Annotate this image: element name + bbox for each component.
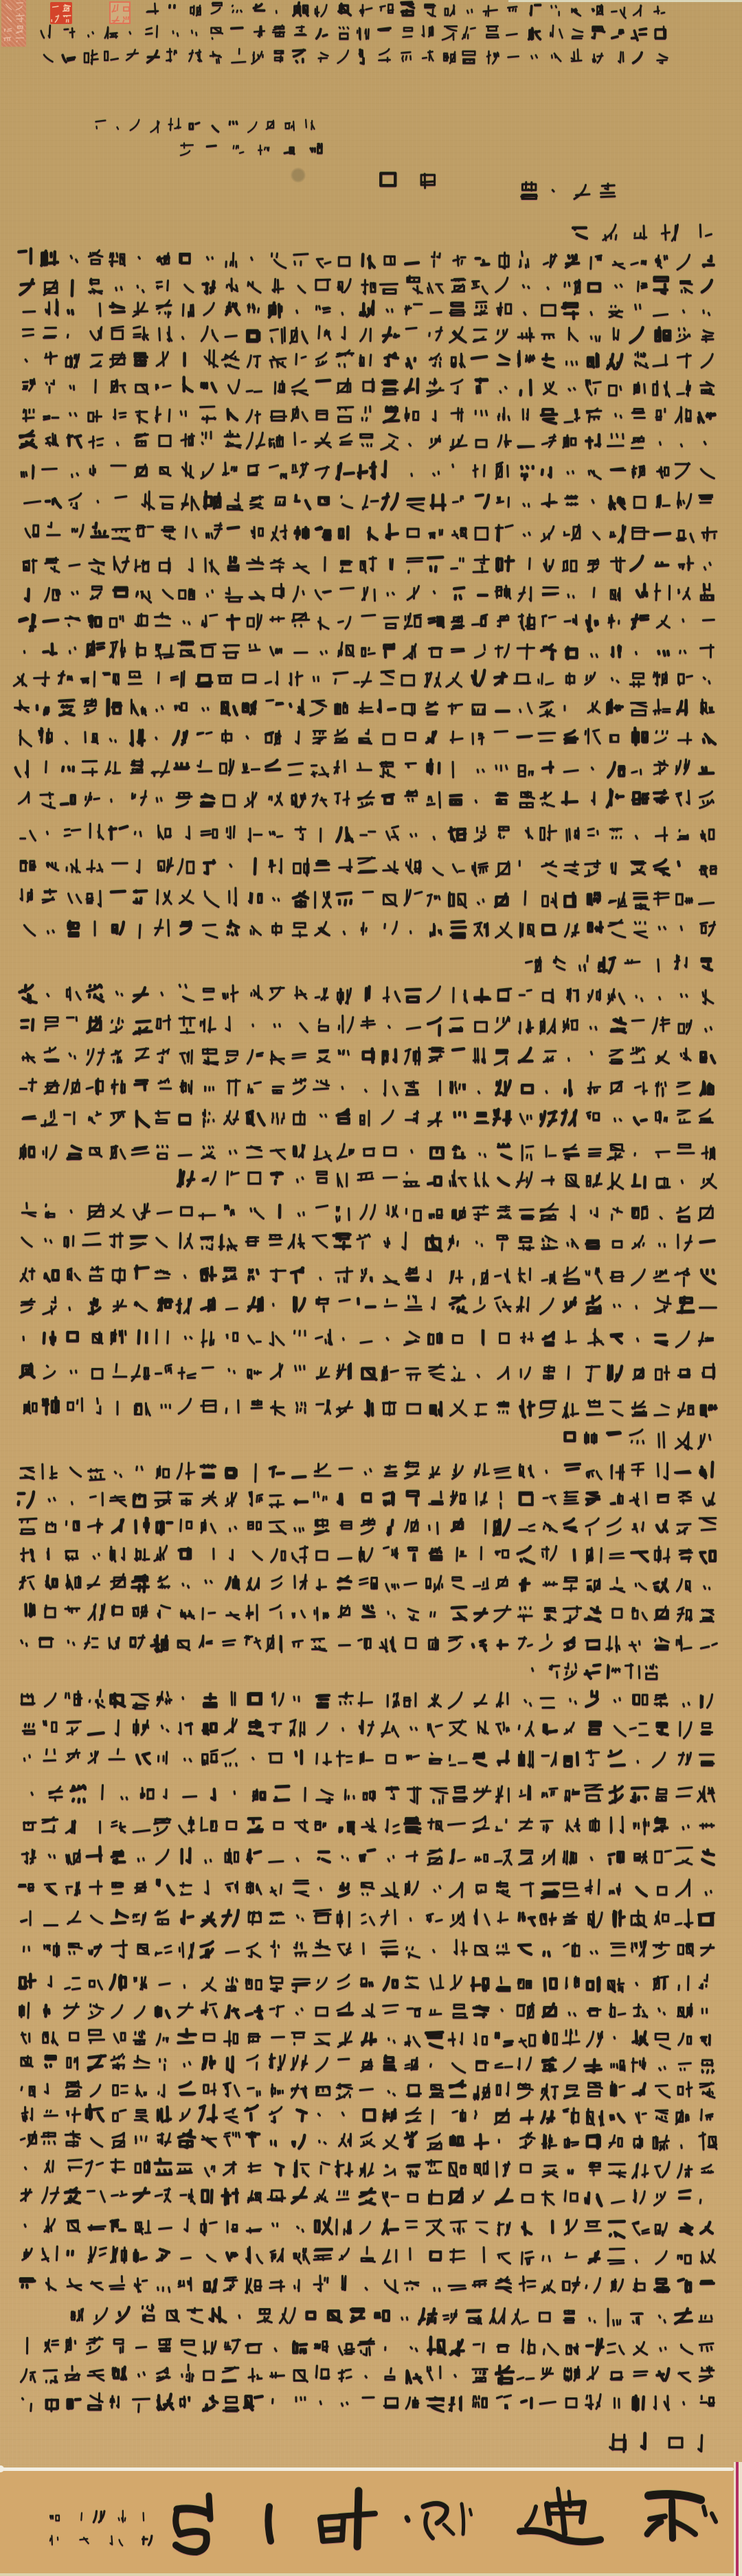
brush-stroke <box>339 2514 375 2516</box>
body-line <box>23 1329 713 1347</box>
ink-strokes <box>49 1975 708 1992</box>
body-line <box>21 1634 717 1652</box>
header-line <box>41 25 666 41</box>
header-colophon <box>41 2 668 64</box>
ink-strokes-heavy <box>89 1720 668 1735</box>
brush-stroke <box>647 2522 661 2534</box>
body-line <box>24 920 715 938</box>
ink-strokes <box>45 1604 713 1623</box>
ink-strokes-heavy <box>44 1331 667 1345</box>
ink-strokes <box>23 1329 713 1347</box>
ink-strokes <box>24 920 715 938</box>
brush-stroke <box>425 2514 433 2538</box>
ink-strokes-heavy <box>131 728 715 745</box>
body-line <box>23 1047 715 1064</box>
large-glyph <box>268 2507 271 2541</box>
ink-strokes <box>20 1144 715 1161</box>
ink-strokes-heavy <box>68 2249 600 2263</box>
large-glyph <box>647 2494 716 2538</box>
large-glyph <box>520 2489 600 2542</box>
ink-strokes-heavy <box>179 1547 715 1564</box>
header-line <box>147 2 664 18</box>
ink-strokes-heavy <box>93 2511 104 2522</box>
body-line <box>25 584 713 602</box>
body-line <box>21 1690 712 1709</box>
ink-strokes <box>23 407 691 423</box>
ink-strokes-heavy <box>71 1786 648 1803</box>
ink-strokes <box>15 760 689 777</box>
ink-strokes <box>49 1491 715 1508</box>
closing-signature <box>610 2434 702 2452</box>
body-line <box>25 2159 713 2178</box>
body-line <box>23 378 714 397</box>
body-line <box>20 1363 714 1381</box>
ink-strokes-heavy <box>45 2056 600 2073</box>
ink-strokes <box>45 584 713 602</box>
body-line <box>14 670 710 687</box>
ink-layer <box>0 0 742 2576</box>
ink-strokes <box>21 1634 717 1652</box>
ink-strokes <box>23 1047 690 1064</box>
ink-strokes <box>610 2435 702 2452</box>
ink-strokes-heavy <box>117 2307 692 2324</box>
inscription-line <box>50 2511 144 2522</box>
ink-strokes <box>25 2218 667 2235</box>
body-line <box>21 857 716 876</box>
body-line <box>23 556 710 574</box>
ink-strokes-heavy <box>87 2105 625 2123</box>
ink-strokes <box>21 1910 715 1928</box>
ink-strokes <box>20 728 691 746</box>
body-line <box>24 1940 714 1959</box>
ink-strokes <box>41 25 666 40</box>
brush-stroke <box>470 2509 471 2515</box>
body-line <box>23 299 710 319</box>
body-line <box>21 2130 717 2150</box>
ink-strokes-heavy <box>68 1144 511 1159</box>
body-line <box>21 1461 712 1481</box>
ink-strokes <box>21 857 716 876</box>
body-line <box>20 431 706 451</box>
closing-signature-line <box>610 2434 702 2452</box>
ink-strokes <box>65 613 714 630</box>
ink-strokes <box>71 2305 712 2326</box>
body-line <box>21 2276 714 2293</box>
ink-strokes <box>44 1363 715 1381</box>
body-paragraph <box>19 1690 717 2293</box>
ink-strokes <box>23 1109 712 1126</box>
body-line <box>23 1719 712 1739</box>
ink-strokes <box>20 1079 690 1096</box>
body-line <box>20 985 713 1004</box>
body-line <box>21 888 714 909</box>
body-line <box>21 1910 715 1928</box>
ink-strokes <box>23 326 713 343</box>
ink-strokes <box>20 1574 710 1592</box>
ink-strokes <box>23 1719 712 1739</box>
body-line <box>21 823 714 841</box>
body-line <box>71 2305 712 2326</box>
body-line <box>19 613 714 631</box>
body-line <box>25 350 712 369</box>
body-line <box>21 2029 710 2049</box>
large-glyph <box>176 2496 210 2552</box>
brush-stroke <box>444 2524 453 2534</box>
ink-strokes-heavy <box>20 431 600 448</box>
body-paragraph <box>20 985 717 1449</box>
ink-strokes-heavy <box>599 958 712 973</box>
body-line <box>25 2218 712 2237</box>
ink-strokes <box>24 1940 714 1959</box>
body-line <box>20 1518 716 1536</box>
brush-stroke <box>520 2531 600 2542</box>
title-block <box>95 119 322 156</box>
body-line <box>20 276 712 296</box>
body-paragraph <box>19 1461 717 1679</box>
brush-stroke <box>562 2507 565 2534</box>
brush-stroke <box>675 2522 695 2534</box>
ink-strokes <box>21 1546 693 1563</box>
brush-stroke <box>650 2516 665 2519</box>
ink-strokes <box>23 2393 715 2412</box>
body-line <box>24 1398 717 1418</box>
ink-strokes <box>421 174 435 188</box>
ink-strokes-heavy <box>113 1518 668 1535</box>
brush-stroke <box>357 2491 359 2546</box>
brush-stroke <box>268 2507 271 2541</box>
body-line <box>21 2187 701 2206</box>
ink-strokes <box>44 49 667 65</box>
body-line <box>23 2246 715 2264</box>
body-line <box>22 1847 713 1865</box>
ink-strokes <box>95 119 314 133</box>
ink-strokes-heavy <box>112 1911 625 1926</box>
large-glyph <box>320 2491 375 2546</box>
ink-strokes-heavy <box>170 2 541 16</box>
ink-strokes <box>50 2535 122 2545</box>
ink-strokes <box>14 671 710 687</box>
body-line <box>20 2003 707 2019</box>
ink-strokes <box>20 2003 707 2019</box>
body-line <box>178 1170 716 1189</box>
body-line <box>19 1974 707 1992</box>
ink-strokes-heavy <box>87 1847 714 1865</box>
ink-strokes <box>25 523 717 543</box>
ink-strokes-heavy <box>137 1751 625 1766</box>
ink-strokes-heavy <box>137 1109 647 1126</box>
body-line <box>23 326 713 343</box>
body-line <box>21 1266 715 1286</box>
body-line <box>15 760 713 777</box>
brush-stroke <box>177 2509 209 2514</box>
body-line <box>19 790 713 808</box>
body-line <box>23 2393 715 2412</box>
ink-strokes <box>27 2337 714 2355</box>
body-line <box>21 2081 715 2099</box>
brush-stroke <box>320 2516 344 2541</box>
brush-stroke <box>649 2494 701 2500</box>
body-line <box>24 640 713 659</box>
brush-stroke <box>176 2531 207 2552</box>
body-line <box>24 1749 714 1768</box>
ink-strokes-heavy <box>201 1941 550 1957</box>
body-line <box>21 1296 716 1314</box>
ink-strokes <box>603 225 712 241</box>
body-line <box>21 2364 714 2384</box>
ink-strokes <box>181 143 269 155</box>
ink-strokes-heavy <box>46 492 625 510</box>
ink-strokes <box>22 1203 712 1222</box>
ink-strokes-heavy <box>585 1665 600 1678</box>
calligraphy-scroll <box>0 0 742 2576</box>
brush-stroke <box>704 2507 706 2515</box>
ink-strokes <box>46 431 706 451</box>
ink-strokes <box>24 640 713 659</box>
ink-strokes-heavy <box>68 2394 644 2410</box>
body-line <box>25 492 712 511</box>
body-line <box>25 523 717 543</box>
body-line <box>15 699 714 716</box>
brush-stroke <box>462 2504 464 2534</box>
header-line <box>44 49 667 65</box>
body-line <box>27 2337 714 2356</box>
ink-strokes-heavy <box>91 523 670 540</box>
inscription-line <box>50 2535 152 2545</box>
signature-mark <box>381 173 434 187</box>
ink-strokes <box>23 379 714 397</box>
body-line <box>565 1430 710 1450</box>
ink-strokes <box>19 1880 711 1897</box>
letter-body <box>14 249 717 2412</box>
body-line <box>26 1604 714 1623</box>
body-line <box>20 728 715 746</box>
body-line <box>23 1109 712 1126</box>
body-line <box>19 1491 715 1508</box>
body-line <box>20 1574 710 1592</box>
ink-strokes <box>21 1461 690 1481</box>
ink-strokes-heavy <box>143 2536 152 2545</box>
body-line <box>21 1546 715 1564</box>
ink-strokes-heavy <box>249 1818 668 1834</box>
body-line <box>21 461 714 480</box>
brush-stroke <box>407 2518 408 2520</box>
body-line <box>32 1785 715 1804</box>
ink-strokes <box>71 251 690 270</box>
signature-mark <box>521 182 615 198</box>
ink-strokes <box>21 1296 716 1314</box>
ink-strokes-heavy <box>19 1492 600 1507</box>
body-line <box>20 1079 712 1096</box>
ink-strokes-heavy <box>573 228 587 238</box>
body-paragraph <box>14 249 717 972</box>
ink-strokes <box>25 2159 713 2178</box>
ink-strokes <box>24 1816 714 1836</box>
ink-strokes-heavy <box>43 1398 717 1417</box>
ink-strokes-heavy <box>135 1080 712 1095</box>
ink-strokes-heavy <box>65 2188 690 2206</box>
ink-strokes <box>521 182 615 198</box>
ink-strokes <box>24 1398 694 1417</box>
large-title-glyphs <box>176 2489 716 2552</box>
ink-strokes-heavy <box>151 1636 574 1652</box>
ink-strokes <box>21 2082 715 2100</box>
body-paragraph <box>21 2305 714 2412</box>
title-line <box>95 119 314 133</box>
body-line <box>22 1233 715 1251</box>
body-line <box>22 1203 712 1222</box>
brush-stroke <box>526 2507 536 2526</box>
ink-strokes-heavy <box>232 27 647 40</box>
brush-stroke <box>176 2511 180 2534</box>
ink-strokes <box>21 2131 717 2150</box>
signature-marks <box>381 173 711 240</box>
body-line <box>526 955 712 972</box>
ink-strokes-heavy <box>337 461 550 480</box>
ink-strokes-heavy <box>642 2434 645 2449</box>
body-line <box>21 1016 711 1035</box>
signature-mark <box>573 225 712 241</box>
body-line <box>532 1663 657 1679</box>
ink-strokes <box>585 1430 710 1450</box>
ink-strokes <box>23 2246 715 2264</box>
body-line <box>24 1816 714 1836</box>
ink-strokes <box>21 2054 714 2073</box>
ink-strokes-heavy <box>381 173 395 185</box>
body-line <box>22 2105 712 2125</box>
ink-strokes <box>46 2276 644 2293</box>
brush-stroke <box>672 2501 673 2538</box>
bottom-inscription <box>50 2511 152 2546</box>
ink-strokes-heavy <box>229 556 668 571</box>
body-line <box>23 407 715 424</box>
body-line <box>20 1144 715 1161</box>
body-line <box>19 1880 711 1898</box>
ink-strokes <box>23 556 710 574</box>
body-line <box>19 249 713 269</box>
brush-stroke <box>712 2514 716 2522</box>
ink-strokes-heavy <box>190 122 237 132</box>
large-glyph <box>407 2503 471 2538</box>
body-line <box>21 2054 714 2073</box>
ink-strokes-heavy <box>204 858 679 875</box>
title-line <box>181 143 322 155</box>
ink-strokes <box>21 1266 689 1286</box>
